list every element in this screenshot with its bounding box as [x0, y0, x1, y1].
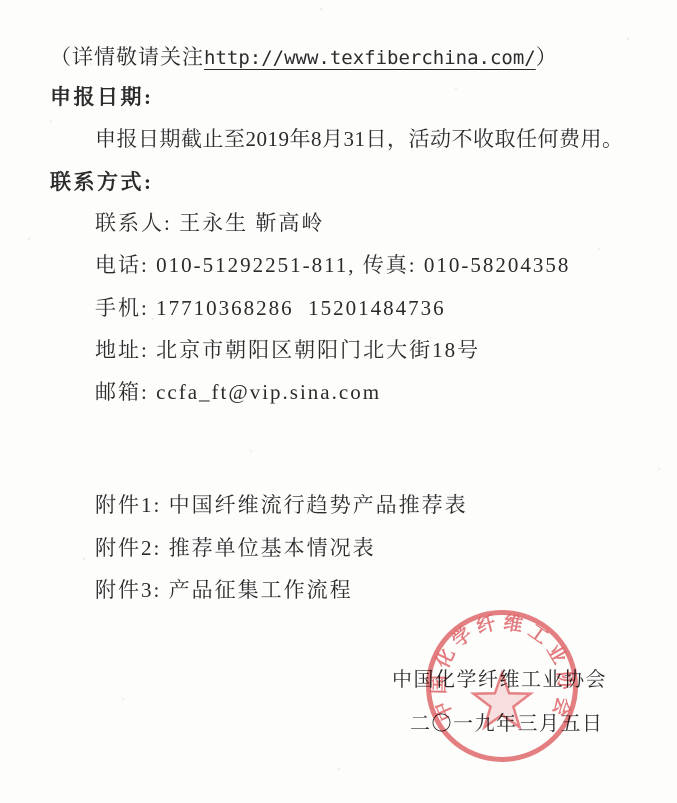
contact-person-line: 联系人: 王永生 靳高岭 — [95, 211, 324, 236]
note-suffix: ） — [536, 45, 558, 69]
contact-mobile-line: 手机: 17710368286 15201484736 — [95, 296, 446, 321]
attachment-line-1: 附件1: 中国纤维流行趋势产品推荐表 — [95, 493, 468, 518]
section-heading-contact: 联系方式: — [50, 170, 154, 195]
attachment-line-2: 附件2: 推荐单位基本情况表 — [95, 536, 376, 561]
website-note-line: （详情敬请关注http://www.texfiberchina.com/） — [50, 41, 558, 71]
note-prefix: （详情敬请关注 — [50, 45, 204, 69]
contact-email-line: 邮箱: ccfa_ft@vip.sina.com — [95, 380, 381, 405]
application-date-detail: 申报日期截止至2019年8月31日，活动不收取任何费用。 — [95, 127, 624, 152]
contact-address-line: 地址: 北京市朝阳区朝阳门北大街18号 — [95, 338, 480, 363]
seal-star-icon — [474, 673, 531, 727]
website-link[interactable]: http://www.texfiberchina.com/ — [204, 47, 536, 69]
contact-phone-line: 电话: 010-51292251-811, 传真: 010-58204358 — [95, 253, 570, 278]
document-page: （详情敬请关注http://www.texfiberchina.com/） 申报… — [0, 0, 677, 803]
attachment-line-3: 附件3: 产品征集工作流程 — [95, 578, 353, 603]
scan-noise — [0, 0, 2, 2]
official-seal-stamp: 中国化学纤维工业协会 — [420, 606, 584, 770]
section-heading-application-date: 申报日期: — [50, 85, 154, 110]
